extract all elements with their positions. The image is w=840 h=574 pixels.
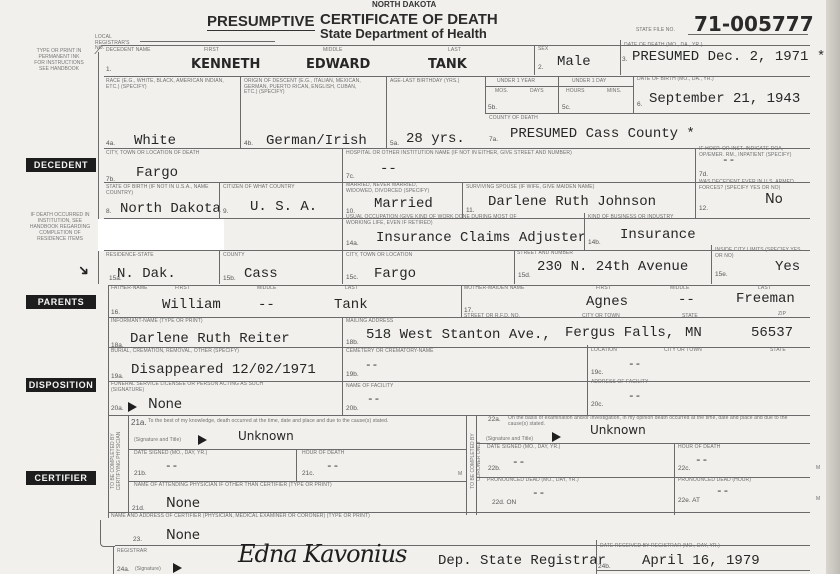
father-label: FATHER-NAME	[111, 286, 148, 292]
occupation: Insurance Claims Adjuster	[376, 230, 586, 246]
cemetery: --	[365, 360, 378, 372]
rule	[695, 148, 696, 182]
county-label: COUNTY OF DEATH	[489, 116, 538, 122]
hours-label: HOURS	[566, 89, 585, 95]
mother-middle-name: --	[678, 292, 695, 308]
father-last-name: Tank	[334, 297, 368, 313]
rule	[219, 182, 220, 218]
rule	[104, 45, 810, 46]
father-first-name: William	[162, 297, 221, 313]
armed-forces-label: WAS DECEDENT EVER IN U.S. ARMED FORCES? …	[699, 180, 809, 191]
rule	[711, 245, 712, 284]
item-number: 21c.	[302, 470, 314, 477]
item-number: 5a.	[390, 140, 399, 147]
informant-state: MN	[685, 325, 702, 341]
item-number: 5b.	[488, 104, 497, 111]
rule	[587, 345, 588, 415]
rule	[584, 213, 585, 250]
section-disposition: DISPOSITION	[26, 378, 96, 392]
c21c-m: M	[458, 472, 462, 478]
location-city-label: CITY OR TOWN	[664, 348, 702, 354]
item-number: 7d.	[699, 171, 708, 178]
section-decedent: DECEDENT	[26, 158, 96, 172]
item-number: 7a.	[489, 136, 498, 143]
rule	[695, 182, 696, 218]
state-file-line	[688, 34, 808, 35]
page-edge	[826, 0, 840, 574]
location-state-label: STATE	[770, 348, 786, 354]
dob-label: DATE OF BIRTH (Mo., Da., Yr.)	[637, 77, 714, 83]
c22b-value: --	[512, 457, 525, 469]
c22a-statement: On the basis of examination and/or inves…	[508, 416, 788, 427]
rule	[461, 285, 462, 317]
under-day-label: UNDER 1 DAY	[572, 79, 606, 85]
decedent-middle-name: EDWARD	[306, 57, 370, 72]
father-middle-label: MIDDLE	[257, 286, 277, 292]
date-received-label: DATE RECEIVED BY REGISTRAR (Mo., Day, Yr…	[600, 544, 720, 550]
county-of-death: PRESUMED Cass County *	[510, 126, 695, 142]
days-label: DAYS	[530, 89, 544, 95]
registrar-label: REGISTRAR	[117, 549, 147, 555]
state-file-label: STATE FILE No.	[636, 28, 675, 34]
last-label: LAST	[448, 48, 461, 54]
header-presumptive: PRESUMPTIVE	[207, 14, 315, 31]
city-label: CITY, TOWN OR LOCATION OF DEATH	[106, 151, 199, 157]
under-year-label: UNDER 1 YEAR	[497, 79, 535, 85]
item-number: 5c.	[562, 104, 571, 111]
facility-address-label: ADDRESS OF FACILITY	[591, 380, 648, 386]
item-number: 6.	[637, 101, 642, 108]
residence-street-label: STREET AND NUMBER	[517, 251, 573, 257]
date-of-birth: September 21, 1943	[649, 91, 800, 107]
certifier-name-label: NAME AND ADDRESS OF CERTIFIER (PHYSICIAN…	[111, 514, 370, 520]
c21b-value: --	[165, 461, 178, 473]
date-of-death: PRESUMED Dec. 2, 1971 *	[632, 49, 825, 65]
disposition-method-label: BURIAL, CREMATION, REMOVAL, OTHER (Speci…	[111, 349, 239, 355]
item-number: 2.	[538, 64, 543, 71]
item-number: 8.	[106, 208, 111, 215]
item-number: 19a.	[111, 373, 124, 380]
rule	[534, 45, 535, 75]
signature-arrow-icon	[198, 435, 207, 445]
item-number: 4a.	[106, 140, 115, 147]
zip-label: ZIP	[778, 312, 786, 318]
c22a-signature-label: (Signature and Title)	[486, 437, 533, 443]
location-label: LOCATION	[591, 348, 617, 354]
rule	[104, 250, 810, 251]
item-number: 23.	[133, 536, 142, 543]
origin: German/Irish	[266, 133, 367, 149]
registrar-signature-label: (Signature)	[135, 567, 161, 573]
item-number: 20c.	[591, 401, 603, 408]
rule	[596, 570, 810, 571]
rule	[476, 415, 477, 515]
race-label: RACE (e.g., White, Black, American India…	[106, 79, 236, 90]
item-number: 11.	[466, 207, 475, 214]
occupation-label: USUAL OCCUPATION (Give kind of work done…	[346, 215, 526, 226]
facility-name: --	[367, 394, 380, 406]
c21c-value: --	[326, 461, 339, 473]
rule	[485, 86, 633, 87]
surviving-spouse: Darlene Ruth Johnson	[488, 194, 656, 210]
item-number: 19c.	[591, 369, 603, 376]
c22d-label: PRONOUNCED DEAD (Mo., Day, Yr.)	[487, 478, 579, 484]
item-number: 15c.	[346, 274, 358, 281]
c22c-label: HOUR OF DEATH	[678, 445, 720, 451]
rule	[240, 76, 241, 148]
cemetery-label: CEMETERY OR CREMATORY-NAME	[346, 349, 434, 355]
c22e-m: M	[816, 497, 820, 503]
decedent-name-label: DECEDENT NAME	[106, 48, 151, 54]
street-label: STREET OR R.F.D. NO.	[464, 314, 520, 320]
item-number: 21b.	[134, 470, 147, 477]
residence-city-label: CITY, TOWN OR LOCATION	[346, 253, 412, 259]
rule	[219, 250, 220, 284]
item-number: 12.	[699, 205, 708, 212]
age-label: AGE-Last Birthday (Yrs.)	[390, 79, 460, 85]
date-received: April 16, 1979	[642, 553, 760, 569]
c21a-statement: To the best of my knowledge, death occur…	[148, 419, 408, 425]
mother-first-label: FIRST	[596, 286, 611, 292]
c21b-label: DATE SIGNED (Mo., Day, Yr.)	[134, 451, 207, 457]
spouse-label: SURVIVING SPOUSE (If wife, give maiden n…	[466, 185, 595, 191]
item-number: 24b.	[598, 563, 611, 570]
item-number: 14b.	[588, 239, 601, 246]
institution-note: IF DEATH OCCURRED IN INSTITUTION, SEE HA…	[28, 212, 92, 242]
c22c-m: M	[816, 466, 820, 472]
informant-street: 518 West Stanton Ave.,	[366, 327, 551, 343]
physician-side-label: To Be Completed By Certifying Physician	[110, 431, 122, 491]
rule	[128, 415, 129, 515]
c22e-value: --	[716, 486, 729, 498]
item-number: 15b.	[223, 275, 236, 282]
item-number: 15d.	[518, 272, 531, 279]
instructions-note: TYPE OR PRINT IN PERMANENT INK FOR INSTR…	[34, 48, 84, 72]
decedent-last-name: TANK	[428, 57, 467, 72]
disposition-location: --	[628, 359, 641, 371]
residence-county-label: COUNTY	[223, 253, 245, 259]
birth-state: North Dakota	[120, 201, 221, 217]
middle-label: MIDDLE	[323, 48, 343, 54]
rule	[108, 285, 109, 518]
doa-label: IF HOSP. OR INST. Indicate DOA, OP/Emer.…	[699, 147, 809, 158]
father-middle-name: --	[258, 297, 275, 313]
dod-label: DATE OF DEATH (Mo., Da., Yr.)	[624, 43, 702, 49]
corner	[100, 520, 115, 547]
sex-label: SEX	[538, 47, 548, 53]
funeral-licensee-label: FUNERAL SERVICE LICENSEE Or Person Actin…	[111, 382, 281, 393]
origin-label: ORIGIN OF DESCENT (e.g., Italian, Mexica…	[244, 79, 364, 96]
state-file-number: 71-005777	[694, 12, 814, 36]
item-number: 7c.	[346, 173, 355, 180]
c22a-value: Unknown	[590, 423, 646, 437]
item-number: 4b.	[244, 140, 253, 147]
business: Insurance	[620, 227, 696, 243]
header-department: State Department of Health	[320, 26, 487, 41]
item-number: 1.	[106, 66, 111, 73]
item-number: 21a.	[131, 418, 147, 427]
rule	[342, 250, 343, 284]
city-or-town-label: CITY OR TOWN	[582, 314, 620, 320]
mailing-address-label: MAILING ADDRESS	[346, 319, 393, 325]
item-number: 3.	[622, 56, 627, 63]
rule	[386, 76, 387, 148]
c21a-value: Unknown	[238, 429, 294, 443]
rule	[466, 415, 467, 515]
item-number: 22d. ON	[492, 499, 516, 506]
decedent-first-name: KENNETH	[191, 57, 260, 72]
rule	[596, 540, 597, 574]
item-number: 22c.	[678, 465, 690, 472]
rule	[342, 148, 343, 182]
item-number: 16.	[111, 309, 120, 316]
rule	[342, 182, 343, 218]
mother-last-name: Freeman	[736, 291, 795, 307]
rule	[342, 317, 343, 347]
residence-street: 230 N. 24th Avenue	[537, 259, 688, 275]
rule	[620, 40, 621, 75]
rule	[462, 182, 463, 218]
marital-label: MARRIED, NEVER MARRIED, WIDOWED, DIVORCE…	[346, 183, 446, 194]
residence-state: N. Dak.	[117, 266, 176, 282]
rule	[558, 76, 559, 114]
item-number: 19b.	[346, 371, 359, 378]
item-number: 18b.	[346, 339, 359, 346]
signature-arrow-icon	[552, 432, 561, 442]
state-label: STATE	[682, 314, 698, 320]
rule	[514, 250, 515, 284]
death-certificate: NORTH DAKOTA PRESUMPTIVE CERTIFICATE OF …	[0, 0, 826, 574]
inside-city: Yes	[775, 259, 800, 275]
city-of-death: Fargo	[136, 165, 178, 181]
armed-forces: No	[765, 192, 783, 207]
rule	[633, 76, 634, 114]
item-number: 22a.	[488, 416, 501, 423]
signature-arrow-icon	[173, 563, 182, 573]
certifier-name: None	[166, 528, 200, 543]
registrar-signature: Edna Kavonius	[238, 540, 406, 568]
arrow-down-right-icon: ➜	[74, 260, 94, 280]
residence-city: Fargo	[374, 266, 416, 282]
item-number: 22e. AT	[678, 497, 700, 504]
c21c-label: HOUR OF DEATH	[302, 451, 344, 457]
first-label: FIRST	[204, 48, 219, 54]
attending-physician: None	[166, 496, 200, 511]
age: 28 yrs.	[406, 131, 465, 147]
item-number: 21d.	[132, 505, 145, 512]
registrar-title: Dep. State Registrar	[438, 553, 606, 569]
section-parents: PARENTS	[26, 295, 96, 309]
inside-city-label: INSIDE CITY LIMITS (Specify Yes or No)	[715, 248, 805, 259]
c22c-value: --	[695, 455, 708, 467]
facility-name-label: NAME OF FACILITY	[346, 384, 393, 390]
citizen-label: CITIZEN OF WHAT COUNTRY	[223, 185, 295, 191]
rule	[674, 443, 675, 515]
item-number: 22b.	[488, 465, 501, 472]
c21a-signature-label: (Signature and Title)	[134, 438, 181, 444]
hospital: --	[380, 161, 397, 177]
c22e-label: PRONOUNCED DEAD (Hour)	[678, 478, 751, 484]
rule	[108, 285, 810, 286]
mother-first-name: Agnes	[586, 294, 628, 310]
residence-county: Cass	[244, 266, 278, 282]
local-registrar-line	[140, 41, 275, 42]
race: White	[134, 133, 176, 149]
citizen: U. S. A.	[250, 199, 317, 215]
mins-label: MINS.	[607, 89, 621, 95]
c22b-label: DATE SIGNED (Mo., Day, Yr.)	[487, 445, 560, 451]
informant-city: Fergus Falls,	[565, 325, 674, 341]
rule	[342, 218, 343, 250]
residence-state-label: RESIDENCE-STATE	[106, 253, 154, 259]
father-first-label: FIRST	[175, 286, 190, 292]
redacted-area	[98, 219, 224, 251]
business-label: KIND OF BUSINESS OR INDUSTRY	[588, 215, 674, 221]
informant-zip: 56537	[751, 325, 793, 341]
item-number: 20a.	[111, 405, 124, 412]
section-certifier: CERTIFIER	[26, 471, 96, 485]
item-number: 9.	[223, 208, 228, 215]
rule	[485, 113, 810, 114]
disposition-method: Disappeared 12/02/1971	[131, 362, 316, 378]
item-number: 24a.	[117, 566, 130, 573]
rule	[296, 449, 297, 481]
header-state: NORTH DAKOTA	[372, 0, 436, 9]
c22d-value: --	[532, 488, 545, 500]
item-number: 20b.	[346, 405, 359, 412]
rule	[113, 546, 114, 574]
mother-middle-label: MIDDLE	[670, 286, 690, 292]
doa: --	[722, 155, 735, 167]
attending-physician-label: NAME OF ATTENDING PHYSICIAN IF OTHER THA…	[134, 483, 332, 489]
birth-state-label: STATE OF BIRTH (If not in U.S.A., name c…	[106, 185, 216, 196]
informant-label: INFORMANT-NAME (Type or Print)	[111, 319, 203, 325]
facility-address: --	[628, 391, 641, 403]
father-last-label: LAST	[345, 286, 358, 292]
signature-arrow-icon	[128, 402, 137, 412]
decedent-sex: Male	[557, 54, 591, 70]
rule	[485, 76, 486, 114]
item-number: 14a.	[346, 240, 359, 247]
marital-status: Married	[374, 196, 433, 212]
hospital-label: HOSPITAL OR OTHER INSTITUTION Name (If n…	[346, 151, 572, 157]
mos-label: MOS.	[495, 89, 508, 95]
funeral-licensee: None	[148, 397, 182, 412]
informant-name: Darlene Ruth Reiter	[130, 331, 290, 347]
rule	[108, 317, 810, 318]
item-number: 15e.	[715, 271, 728, 278]
mother-label: MOTHER-MAIDEN NAME	[464, 286, 524, 292]
